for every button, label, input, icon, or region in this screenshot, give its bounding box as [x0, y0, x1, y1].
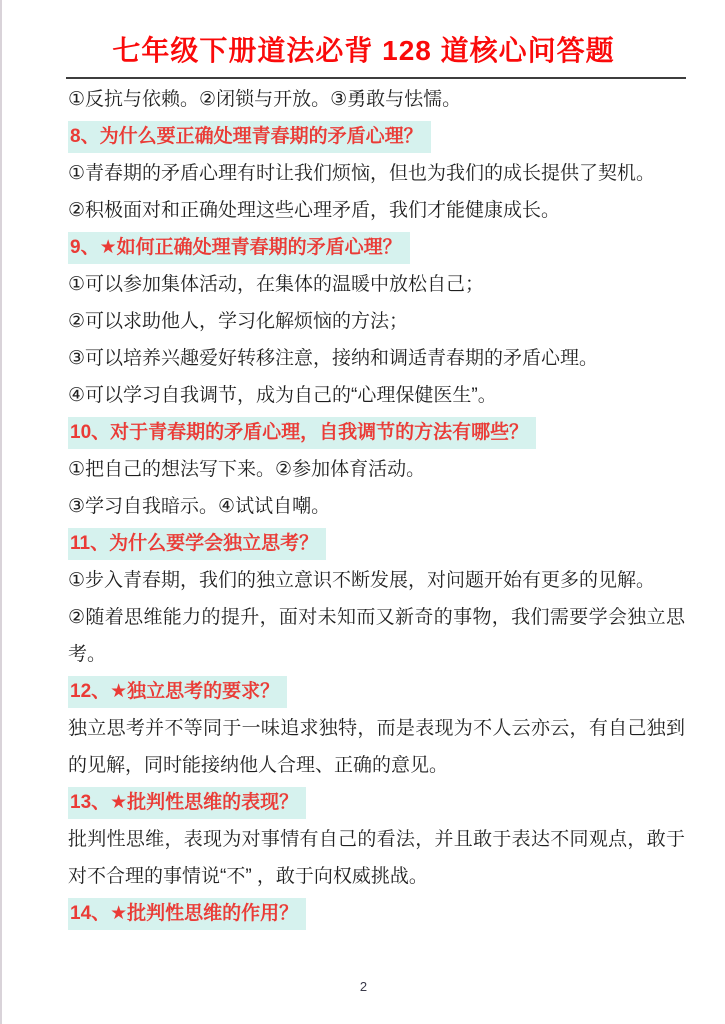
qa-block: ①可以参加集体活动，在集体的温暖中放松自己； — [68, 266, 685, 303]
answer-text: ②积极面对和正确处理这些心理矛盾，我们才能健康成长。 — [68, 200, 560, 221]
page-number: 2 — [2, 979, 725, 994]
qa-block: 8、为什么要正确处理青春期的矛盾心理？ — [68, 118, 685, 155]
question-heading: 14、★批判性思维的作用？ — [68, 898, 306, 931]
answer-text: 独立思考并不等同于一味追求独特，而是表现为不人云亦云，有自己独到的见解，同时能接… — [68, 718, 685, 776]
qa-content: ①反抗与依赖。②闭锁与开放。③勇敢与怯懦。 8、为什么要正确处理青春期的矛盾心理… — [68, 81, 685, 932]
qa-block: ①把自己的想法写下来。②参加体育活动。 — [68, 451, 685, 488]
answer-text: ②随着思维能力的提升，面对未知而又新奇的事物，我们需要学会独立思考。 — [68, 607, 685, 665]
qa-block: ③学习自我暗示。④试试自嘲。 — [68, 488, 685, 525]
qa-block: 10、对于青春期的矛盾心理，自我调节的方法有哪些？ — [68, 414, 685, 451]
answer-text: ①青春期的矛盾心理有时让我们烦恼，但也为我们的成长提供了契机。 — [68, 163, 655, 184]
question-heading: 11、为什么要学会独立思考？ — [68, 528, 326, 561]
qa-block: 11、为什么要学会独立思考？ — [68, 525, 685, 562]
qa-block: ④可以学习自我调节，成为自己的“心理保健医生”。 — [68, 377, 685, 414]
question-heading: 12、★独立思考的要求？ — [68, 676, 287, 709]
question-heading: 10、对于青春期的矛盾心理，自我调节的方法有哪些？ — [68, 417, 536, 450]
answer-text: 批判性思维，表现为对事情有自己的看法，并且敢于表达不同观点，敢于对不合理的事情说… — [68, 829, 685, 887]
qa-block: 批判性思维，表现为对事情有自己的看法，并且敢于表达不同观点，敢于对不合理的事情说… — [68, 821, 685, 895]
qa-block: ③可以培养兴趣爱好转移注意，接纳和调适青春期的矛盾心理。 — [68, 340, 685, 377]
document-page: 七年级下册道法必背 128 道核心问答题 ①反抗与依赖。②闭锁与开放。③勇敢与怯… — [0, 0, 725, 1024]
qa-block: 13、★批判性思维的表现？ — [68, 784, 685, 821]
question-heading: 13、★批判性思维的表现？ — [68, 787, 306, 820]
qa-block: ②随着思维能力的提升，面对未知而又新奇的事物，我们需要学会独立思考。 — [68, 599, 685, 673]
answer-text: ②可以求助他人，学习化解烦恼的方法； — [68, 311, 408, 332]
answer-text: ③可以培养兴趣爱好转移注意，接纳和调适青春期的矛盾心理。 — [68, 348, 598, 369]
question-heading: 9、★如何正确处理青春期的矛盾心理？ — [68, 232, 410, 265]
qa-block: ①青春期的矛盾心理有时让我们烦恼，但也为我们的成长提供了契机。 — [68, 155, 685, 192]
qa-block: 9、★如何正确处理青春期的矛盾心理？ — [68, 229, 685, 266]
qa-block: ①步入青春期，我们的独立意识不断发展，对问题开始有更多的见解。 — [68, 562, 685, 599]
qa-block: 14、★批判性思维的作用？ — [68, 895, 685, 932]
qa-block: ②可以求助他人，学习化解烦恼的方法； — [68, 303, 685, 340]
answer-text: ①步入青春期，我们的独立意识不断发展，对问题开始有更多的见解。 — [68, 570, 655, 591]
qa-block: ②积极面对和正确处理这些心理矛盾，我们才能健康成长。 — [68, 192, 685, 229]
answer-text: ①把自己的想法写下来。②参加体育活动。 — [68, 459, 425, 480]
title-divider — [66, 77, 686, 79]
qa-block: 12、★独立思考的要求？ — [68, 673, 685, 710]
answer-text: ①反抗与依赖。②闭锁与开放。③勇敢与怯懦。 — [68, 89, 461, 110]
qa-blocks: ①反抗与依赖。②闭锁与开放。③勇敢与怯懦。 8、为什么要正确处理青春期的矛盾心理… — [68, 81, 685, 932]
answer-text: ①可以参加集体活动，在集体的温暖中放松自己； — [68, 274, 484, 295]
question-heading: 8、为什么要正确处理青春期的矛盾心理？ — [68, 121, 431, 154]
answer-text: ④可以学习自我调节，成为自己的“心理保健医生”。 — [68, 385, 497, 406]
qa-block: ①反抗与依赖。②闭锁与开放。③勇敢与怯懦。 — [68, 81, 685, 118]
answer-text: ③学习自我暗示。④试试自嘲。 — [68, 496, 330, 517]
qa-block: 独立思考并不等同于一味追求独特，而是表现为不人云亦云，有自己独到的见解，同时能接… — [68, 710, 685, 784]
page-title: 七年级下册道法必背 128 道核心问答题 — [2, 0, 725, 68]
